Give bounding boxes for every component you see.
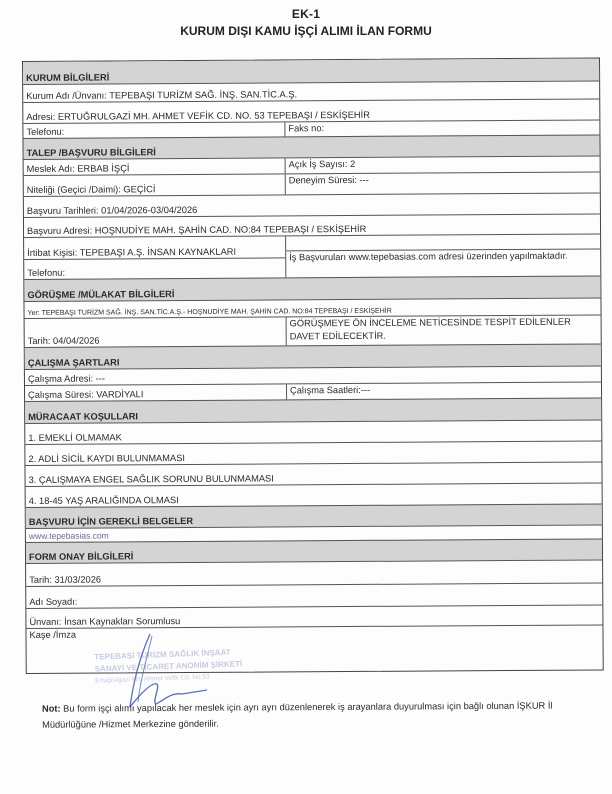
condition-item: 3. ÇALIŞMAYA ENGEL SAĞLIK SORUNU BULUNMA… (25, 461, 601, 486)
stamp-label: Kaşe /İmza (26, 625, 602, 673)
section-muracaat: MÜRACAAT KOŞULLARI (25, 397, 601, 423)
institution-phone: Telefonu: (23, 122, 285, 138)
row-nature: Niteliği (Geçici /Daimi): GEÇİCİ Deneyim… (24, 171, 600, 196)
application-address: Başvuru Adresi: HOŞNUDİYE MAH. ŞAHİN CAD… (24, 214, 600, 237)
row-approval-date: Tarih: 31/03/2026 (26, 559, 602, 586)
approval-date: Tarih: 31/03/2026 (26, 560, 602, 586)
contact-person: İrtibat Kişisi: TEPEBAŞI A.Ş. İNSAN KAYN… (24, 236, 285, 260)
institution-fax: Faks no: (285, 120, 599, 136)
interview-date: Tarih: 04/04/2026 (25, 317, 287, 347)
work-hours: Çalışma Saatleri:--- (287, 382, 601, 399)
footer-note: Not: Bu form işçi alımı yapılacak her me… (42, 697, 602, 732)
section-onay: FORM ONAY BİLGİLERİ (26, 538, 602, 563)
section-talep: TALEP /BAŞVURU BİLGİLERİ (23, 134, 599, 159)
occupation: Meslek Adı: ERBAB İŞÇİ (24, 158, 286, 175)
section-heading: BAŞVURU İÇİN GEREKLİ BELGELER (26, 504, 602, 528)
section-calisma: ÇALIŞMA ŞARTLARI (25, 343, 601, 369)
interview-note: GÖRÜŞMEYE ÖN İNCELEME NETİCESİNDE TESPİT… (287, 315, 601, 345)
condition-text: 3. ÇALIŞMAYA ENGEL SAĞLIK SORUNU BULUNMA… (25, 462, 601, 486)
section-heading: GÖRÜŞME /MÜLAKAT BİLGİLERİ (24, 276, 600, 301)
approver-title: Ünvanı: İnsan Kaynakları Sorumlusu (26, 605, 602, 628)
note-text: Bu form işçi alımı yapılacak her meslek … (42, 701, 552, 730)
annex-label: EK-1 (0, 7, 612, 21)
announcement-form: KURUM BİLGİLERİ Kurum Adı /Ünvanı: TEPEB… (22, 57, 604, 674)
institution-address: Adresi: ERTUĞRULGAZİ MH. AHMET VEFİK CD.… (23, 99, 599, 123)
section-kurum: KURUM BİLGİLERİ (23, 58, 599, 84)
document-header: EK-1 KURUM DIŞI KAMU İŞÇİ ALIMI İLAN FOR… (0, 7, 612, 38)
section-gorusme: GÖRÜŞME /MÜLAKAT BİLGİLERİ (24, 275, 600, 301)
note-label: Not: (42, 704, 61, 714)
experience: Deneyim Süresi: --- (286, 172, 600, 194)
institution-name: Kurum Adı /Ünvanı: TEPEBAŞI TURİZM SAĞ. … (23, 81, 599, 102)
section-heading: TALEP /BAŞVURU BİLGİLERİ (23, 135, 599, 159)
condition-text: 1. EMEKLİ OLMAMAK (25, 420, 601, 444)
work-duration: Çalışma Süresi: VARDİYALI (25, 384, 287, 401)
row-interview-date: Tarih: 04/04/2026 GÖRÜŞMEYE ÖN İNCELEME … (25, 314, 601, 347)
section-heading: ÇALIŞMA ŞARTLARI (25, 344, 601, 369)
row-apply-address: Başvuru Adresi: HOŞNUDİYE MAH. ŞAHİN CAD… (24, 213, 600, 237)
section-heading: KURUM BİLGİLERİ (23, 58, 599, 84)
section-heading: FORM ONAY BİLGİLERİ (26, 539, 602, 563)
approver-name: Adı Soyadı: (26, 583, 602, 608)
row-contact: İrtibat Kişisi: TEPEBAŞI A.Ş. İNSAN KAYN… (24, 233, 600, 279)
openings: Açık İş Sayısı: 2 (286, 156, 600, 173)
section-belgeler: BAŞVURU İÇİN GEREKLİ BELGELER (26, 503, 602, 528)
job-nature: Niteliği (Geçici /Daimi): GEÇİCİ (24, 174, 286, 196)
application-dates: Başvuru Tarihleri: 01/04/2026-03/04/2026 (24, 193, 600, 217)
section-heading: MÜRACAAT KOŞULLARI (25, 398, 601, 423)
contact-phone: Telefonu: (24, 258, 285, 279)
row-approver-name: Adı Soyadı: (26, 582, 602, 608)
row-kurum-address: Adresi: ERTUĞRULGAZİ MH. AHMET VEFİK CD.… (23, 98, 599, 123)
condition-text: 2. ADLİ SİCİL KAYDI BULUNMAMASI (25, 441, 601, 465)
online-application-note: İş Başvuruları www.tepebasias.com adresi… (286, 249, 600, 277)
condition-item: 4. 18-45 YAŞ ARALIĞINDA OLMASI (26, 482, 602, 507)
online-column: İş Başvuruları www.tepebasias.com adresi… (286, 234, 600, 277)
row-stamp-signature: Kaşe /İmza (26, 624, 602, 673)
condition-text: 4. 18-45 YAŞ ARALIĞINDA OLMASI (26, 483, 602, 507)
condition-item: 2. ADLİ SİCİL KAYDI BULUNMAMASI (25, 440, 601, 465)
contact-column: İrtibat Kişisi: TEPEBAŞI A.Ş. İNSAN KAYN… (24, 236, 286, 279)
row-approver-title: Ünvanı: İnsan Kaynakları Sorumlusu (26, 604, 602, 628)
row-dates: Başvuru Tarihleri: 01/04/2026-03/04/2026 (24, 192, 600, 217)
form-title: KURUM DIŞI KAMU İŞÇİ ALIMI İLAN FORMU (0, 24, 612, 38)
row-kurum-name: Kurum Adı /Ünvanı: TEPEBAŞI TURİZM SAĞ. … (23, 80, 599, 102)
row-interview-place: Yer: TEPEBAŞI TURİZM SAĞ. İNŞ. SAN.TİC.A… (24, 297, 600, 318)
condition-item: 1. EMEKLİ OLMAMAK (25, 419, 601, 444)
